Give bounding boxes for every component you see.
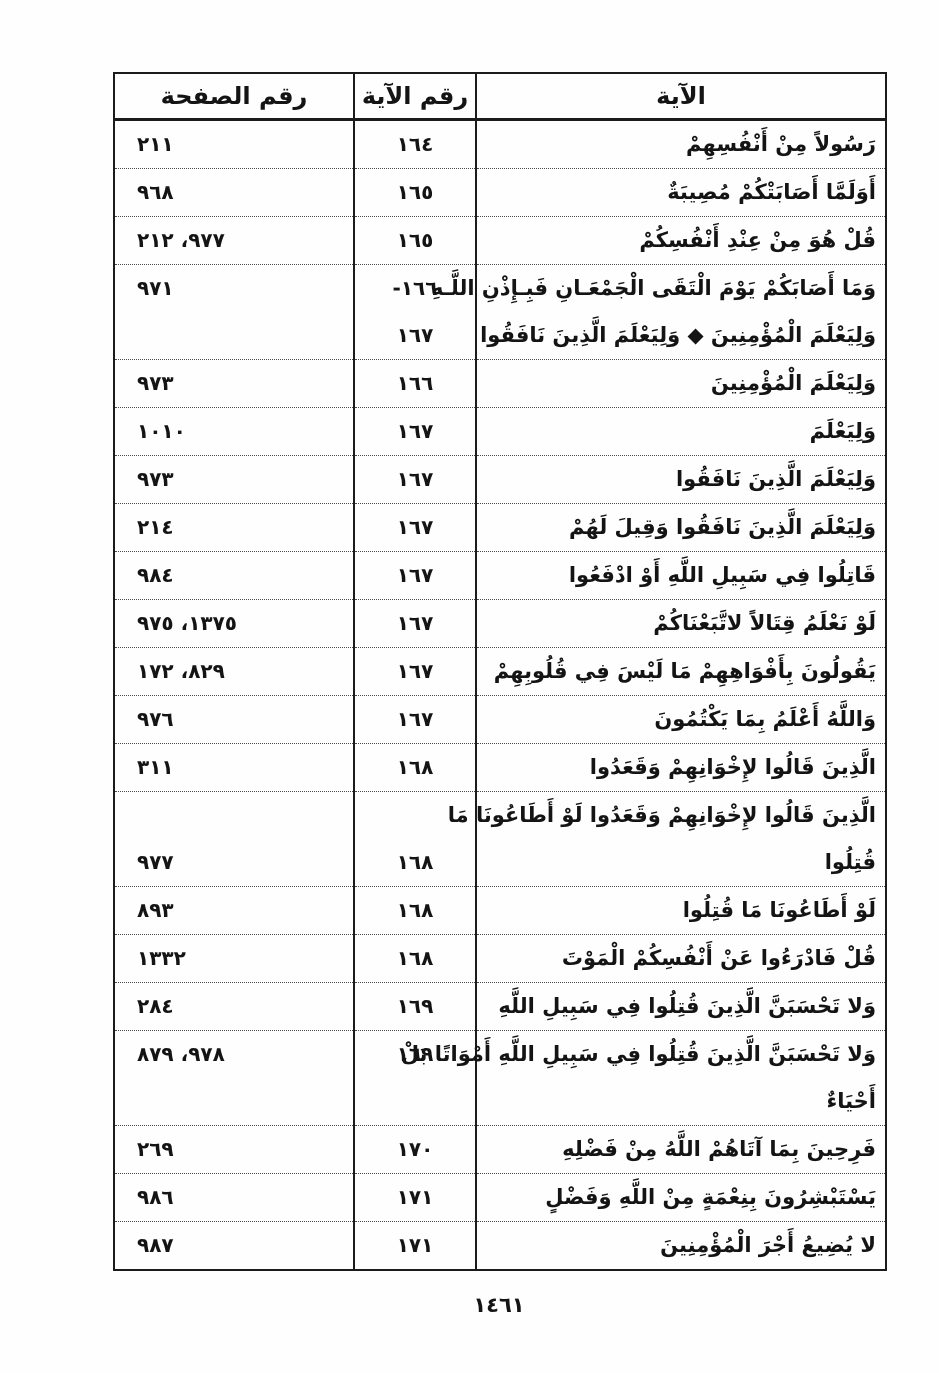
aya-number-cell: ١٦٧ [354,600,476,648]
aya-number: ١٦٧ [355,312,475,359]
page-number: ٢١١ [137,121,353,168]
table-row: وَلِيَعْلَمَ ١٦٧ ١٠١٠ [114,408,886,456]
verse-text: الَّذِينَ قَالُوا لإِخْوَانِهِمْ وَقَعَد… [481,744,876,791]
verse-text: وَلِيَعْلَمَ الَّذِينَ نَافَقُوا [481,456,876,503]
aya-number-cell: ١٧١ [354,1174,476,1222]
page-number-cell: ٢١٤ [114,504,354,552]
page-number-cell: ٢٨٤ [114,983,354,1031]
aya-number-cell: ١٧١ [354,1222,476,1271]
page-number: ٢٦٩ [137,1126,353,1173]
verse-cell: لَوْ أَطَاعُونَا مَا قُتِلُوا [476,887,886,935]
verse-cell: الَّذِينَ قَالُوا لإِخْوَانِهِمْ وَقَعَد… [476,792,886,887]
table-row: وَاللَّهُ أَعْلَمُ بِمَا يَكْتُمُونَ ١٦٧… [114,696,886,744]
page-number-cell: ٨٢٩، ١٧٢ [114,648,354,696]
verse-text: أَحْيَاءٌ [481,1078,876,1125]
aya-number: ١٦٧ [355,456,475,503]
table-body: رَسُولاً مِنْ أَنْفُسِهِمْ ١٦٤ ٢١١ أَوَل… [114,120,886,1271]
verse-column-header: الآية [476,73,886,120]
verse-cell: رَسُولاً مِنْ أَنْفُسِهِمْ [476,120,886,169]
aya-number-cell: ١٦٧ [354,408,476,456]
aya-number: ١٦٧ [355,552,475,599]
verse-cell: أَوَلَمَّا أَصَابَتْكُمْ مُصِيبَةٌ [476,169,886,217]
page-number-cell: ٩٧٣ [114,456,354,504]
verse-cell: قُلْ هُوَ مِنْ عِنْدِ أَنْفُسِكُمْ [476,217,886,265]
verse-cell: يَقُولُونَ بِأَفْوَاهِهِمْ مَا لَيْسَ فِ… [476,648,886,696]
verse-cell: يَسْتَبْشِرُونَ بِنِعْمَةٍ مِنْ اللَّهِ … [476,1174,886,1222]
aya-number: ١٦٨ [355,935,475,982]
page-number-cell: ١٣٣٢ [114,935,354,983]
page-number: ٩٧٣ [137,360,353,407]
verse-text: يَقُولُونَ بِأَفْوَاهِهِمْ مَا لَيْسَ فِ… [481,648,876,695]
page-number-cell: ٣١١ [114,744,354,792]
page-number: ٨٩٣ [137,887,353,934]
page-number-cell: ٩٧٣ [114,360,354,408]
page-number-cell: ٩٧٨، ٨٧٩ [114,1031,354,1126]
aya-number-cell: ١٦٦ [354,360,476,408]
verse-text: الَّذِينَ قَالُوا لإِخْوَانِهِمْ وَقَعَد… [481,792,876,839]
verse-cell: قَاتِلُوا فِي سَبِيلِ اللَّهِ أَوْ ادْفَ… [476,552,886,600]
page-number-cell: ١٣٧٥، ٩٧٥ [114,600,354,648]
page-number-cell: ٩٧٧ [114,792,354,887]
page-number-cell: ١٠١٠ [114,408,354,456]
page-number: ٩٧٨، ٨٧٩ [137,1031,353,1078]
verse-text: قُتِلُوا [481,839,876,886]
table-row: وَلِيَعْلَمَ الَّذِينَ نَافَقُوا وَقِيلَ… [114,504,886,552]
page-number: ٣١١ [137,744,353,791]
verse-text: يَسْتَبْشِرُونَ بِنِعْمَةٍ مِنْ اللَّهِ … [481,1174,876,1221]
page-number-column-header: رقم الصفحة [114,73,354,120]
verse-cell: وَلِيَعْلَمَ الْمُؤْمِنِينَ [476,360,886,408]
verse-text: فَرِحِينَ بِمَا آتَاهُمْ اللَّهُ مِنْ فَ… [481,1126,876,1173]
verse-text: قُلْ هُوَ مِنْ عِنْدِ أَنْفُسِكُمْ [481,217,876,264]
aya-number: ١٦٨ [355,839,475,886]
page-number-cell: ٨٩٣ [114,887,354,935]
page-number: ٩٨٦ [137,1174,353,1221]
page-number-cell: ٩٧٧، ٢١٢ [114,217,354,265]
table-row: وَلا تَحْسَبَنَّ الَّذِينَ قُتِلُوا فِي … [114,1031,886,1126]
verse-text: لَوْ أَطَاعُونَا مَا قُتِلُوا [481,887,876,934]
verse-index-table: الآية رقم الآية رقم الصفحة رَسُولاً مِنْ… [113,72,887,1271]
aya-number: ١٦٧ [355,648,475,695]
table-row: وَمَا أَصَابَكُمْ يَوْمَ الْتَقَى الْجَم… [114,265,886,360]
aya-number: ١٦٨ [355,744,475,791]
aya-number-cell: ١٦٧ [354,696,476,744]
verse-cell: قُلْ فَادْرَءُوا عَنْ أَنْفُسِكُمْ الْمَ… [476,935,886,983]
page-number-cell: ٩٨٧ [114,1222,354,1271]
verse-text: وَلا تَحْسَبَنَّ الَّذِينَ قُتِلُوا فِي … [481,1031,876,1078]
page-number: ٩٦٨ [137,169,353,216]
aya-number: ١٧١ [355,1222,475,1269]
table-row: وَلِيَعْلَمَ الَّذِينَ نَافَقُوا ١٦٧ ٩٧٣ [114,456,886,504]
table-row: أَوَلَمَّا أَصَابَتْكُمْ مُصِيبَةٌ ١٦٥ ٩… [114,169,886,217]
verse-text: أَوَلَمَّا أَصَابَتْكُمْ مُصِيبَةٌ [481,169,876,216]
verse-cell: وَلِيَعْلَمَ [476,408,886,456]
table-row: لا يُضِيعُ أَجْرَ الْمُؤْمِنِينَ ١٧١ ٩٨٧ [114,1222,886,1271]
verse-cell: وَمَا أَصَابَكُمْ يَوْمَ الْتَقَى الْجَم… [476,265,886,360]
aya-number: ١٦٦ [355,360,475,407]
table-row: لَوْ نَعْلَمُ قِتَالاً لاتَّبَعْنَاكُمْ … [114,600,886,648]
table-row: فَرِحِينَ بِمَا آتَاهُمْ اللَّهُ مِنْ فَ… [114,1126,886,1174]
table-row: قَاتِلُوا فِي سَبِيلِ اللَّهِ أَوْ ادْفَ… [114,552,886,600]
page-number: ٩٨٤ [137,552,353,599]
table-row: قُلْ فَادْرَءُوا عَنْ أَنْفُسِكُمْ الْمَ… [114,935,886,983]
aya-number-cell: ١٦٥ [354,217,476,265]
aya-number: ١٦٤ [355,121,475,168]
page-number: ٩٧٦ [137,696,353,743]
page-number-cell: ٢٦٩ [114,1126,354,1174]
verse-cell: لا يُضِيعُ أَجْرَ الْمُؤْمِنِينَ [476,1222,886,1271]
verse-text: قُلْ فَادْرَءُوا عَنْ أَنْفُسِكُمْ الْمَ… [481,935,876,982]
verse-text: وَاللَّهُ أَعْلَمُ بِمَا يَكْتُمُونَ [481,696,876,743]
page-number: ١٣٧٥، ٩٧٥ [137,600,353,647]
page-number: ٩٧١ [137,265,353,312]
page-number: ٩٧٧، ٢١٢ [137,217,353,264]
aya-number-cell: ١٦٧ [354,504,476,552]
table-header-row: الآية رقم الآية رقم الصفحة [114,73,886,120]
verse-text: قَاتِلُوا فِي سَبِيلِ اللَّهِ أَوْ ادْفَ… [481,552,876,599]
verse-cell: وَلا تَحْسَبَنَّ الَّذِينَ قُتِلُوا فِي … [476,983,886,1031]
verse-text: لا يُضِيعُ أَجْرَ الْمُؤْمِنِينَ [481,1222,876,1269]
aya-number-cell: ١٦٧ [354,648,476,696]
verse-cell: وَلا تَحْسَبَنَّ الَّذِينَ قُتِلُوا فِي … [476,1031,886,1126]
table-row: يَسْتَبْشِرُونَ بِنِعْمَةٍ مِنْ اللَّهِ … [114,1174,886,1222]
aya-number: ١٧٠ [355,1126,475,1173]
page-number: ٩٧٣ [137,456,353,503]
page-number: ٩٨٧ [137,1222,353,1269]
page-number: ٨٢٩، ١٧٢ [137,648,353,695]
aya-number: ١٦٨ [355,887,475,934]
page-number-cell: ٩٧١ [114,265,354,360]
page-number-cell: ٩٦٨ [114,169,354,217]
table-row: وَلِيَعْلَمَ الْمُؤْمِنِينَ ١٦٦ ٩٧٣ [114,360,886,408]
table-row: لَوْ أَطَاعُونَا مَا قُتِلُوا ١٦٨ ٨٩٣ [114,887,886,935]
verse-cell: وَلِيَعْلَمَ الَّذِينَ نَافَقُوا وَقِيلَ… [476,504,886,552]
verse-text: وَلِيَعْلَمَ الْمُؤْمِنِينَ ◆ وَلِيَعْلَ… [481,312,876,359]
verse-text: وَمَا أَصَابَكُمْ يَوْمَ الْتَقَى الْجَم… [481,265,876,312]
table-row: الَّذِينَ قَالُوا لإِخْوَانِهِمْ وَقَعَد… [114,744,886,792]
table-row: يَقُولُونَ بِأَفْوَاهِهِمْ مَا لَيْسَ فِ… [114,648,886,696]
page-number: ١٠١٠ [137,408,353,455]
verse-text: وَلِيَعْلَمَ الْمُؤْمِنِينَ [481,360,876,407]
page-number-cell: ٩٧٦ [114,696,354,744]
page-number: ٢١٤ [137,504,353,551]
verse-text: وَلِيَعْلَمَ الَّذِينَ نَافَقُوا وَقِيلَ… [481,504,876,551]
page-number-cell: ٩٨٤ [114,552,354,600]
page-number-cell: ٩٨٦ [114,1174,354,1222]
verse-cell: لَوْ نَعْلَمُ قِتَالاً لاتَّبَعْنَاكُمْ [476,600,886,648]
page-number: ١٣٣٢ [137,935,353,982]
aya-number-cell: ١٦٩ [354,983,476,1031]
verse-text: لَوْ نَعْلَمُ قِتَالاً لاتَّبَعْنَاكُمْ [481,600,876,647]
page-number: ٢٨٤ [137,983,353,1030]
aya-number-cell: ١٦٨ [354,744,476,792]
page-number-cell: ٢١١ [114,120,354,169]
aya-number-column-header: رقم الآية [354,73,476,120]
aya-number-cell: ١٦٨ [354,935,476,983]
table-row: الَّذِينَ قَالُوا لإِخْوَانِهِمْ وَقَعَد… [114,792,886,887]
document-page: الآية رقم الآية رقم الصفحة رَسُولاً مِنْ… [0,0,939,1373]
aya-number-cell: ١٦٨ [354,887,476,935]
verse-text: رَسُولاً مِنْ أَنْفُسِهِمْ [481,121,876,168]
aya-number-cell: ١٦٥ [354,169,476,217]
aya-number: ١٦٧ [355,504,475,551]
page-number: ٩٧٧ [137,839,353,886]
aya-number-cell: ١٦٧ [354,552,476,600]
aya-number: ١٦٧ [355,408,475,455]
aya-number-cell: ١٧٠ [354,1126,476,1174]
table-row: رَسُولاً مِنْ أَنْفُسِهِمْ ١٦٤ ٢١١ [114,120,886,169]
table-row: قُلْ هُوَ مِنْ عِنْدِ أَنْفُسِكُمْ ١٦٥ ٩… [114,217,886,265]
aya-number-cell: ١٦٤ [354,120,476,169]
aya-number-cell: ١٦٧ [354,456,476,504]
verse-cell: وَاللَّهُ أَعْلَمُ بِمَا يَكْتُمُونَ [476,696,886,744]
table-row: وَلا تَحْسَبَنَّ الَّذِينَ قُتِلُوا فِي … [114,983,886,1031]
verse-cell: فَرِحِينَ بِمَا آتَاهُمْ اللَّهُ مِنْ فَ… [476,1126,886,1174]
verse-text: وَلِيَعْلَمَ [481,408,876,455]
verse-cell: وَلِيَعْلَمَ الَّذِينَ نَافَقُوا [476,456,886,504]
aya-number: ١٦٥ [355,217,475,264]
aya-number: ١٧١ [355,1174,475,1221]
verse-text: وَلا تَحْسَبَنَّ الَّذِينَ قُتِلُوا فِي … [481,983,876,1030]
verse-cell: الَّذِينَ قَالُوا لإِخْوَانِهِمْ وَقَعَد… [476,744,886,792]
aya-number: ١٦٩ [355,983,475,1030]
aya-number: ١٦٧ [355,696,475,743]
aya-number: ١٦٥ [355,169,475,216]
footer-page-number: ١٤٦١ [113,1293,885,1317]
aya-number: ١٦٧ [355,600,475,647]
